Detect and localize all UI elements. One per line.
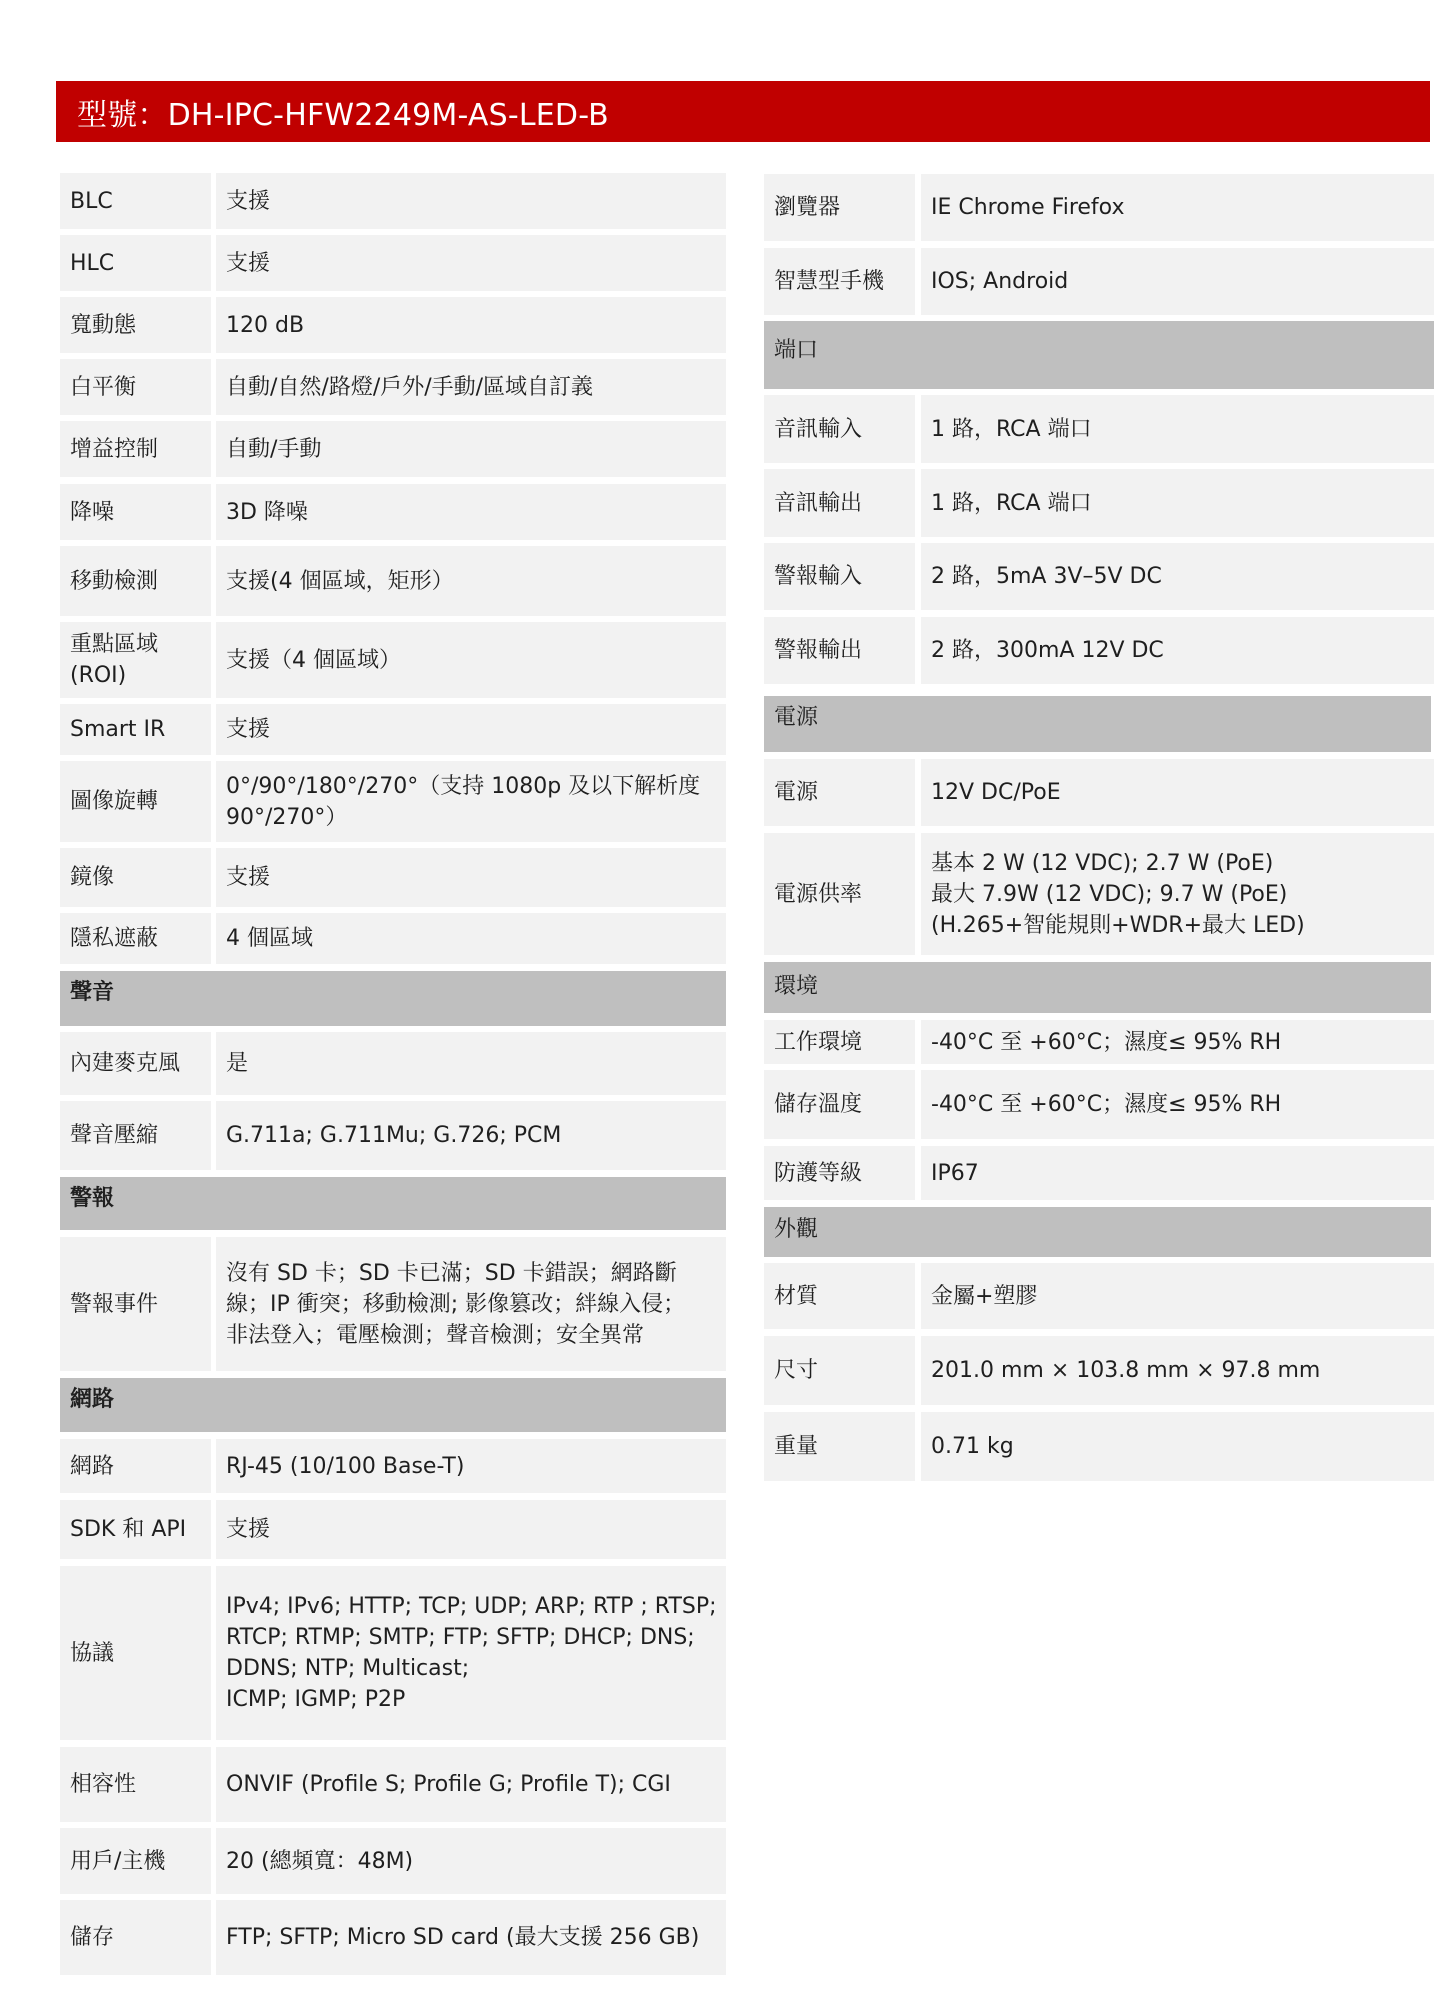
spec-value-audio-compression: G.711a; G.711Mu; G.726; PCM [216, 1101, 726, 1170]
spec-label-browser: 瀏覽器 [764, 174, 915, 241]
spec-label-alarm-input: 警報輸入 [764, 543, 915, 610]
spec-value-protocols: IPv4; IPv6; HTTP; TCP; UDP; ARP; RTP ; R… [216, 1566, 726, 1740]
spec-value-noise-reduction: 3D 降噪 [216, 484, 726, 540]
section-header-audio: 聲音 [60, 971, 726, 1026]
spec-value-storage-conditions: -40°C 至 +60°C；濕度≤ 95% RH [921, 1070, 1434, 1139]
spec-label-dimensions: 尺寸 [764, 1336, 915, 1405]
section-header-environment: 環境 [764, 962, 1431, 1013]
section-header-appearance: 外觀 [764, 1207, 1431, 1257]
spec-value-alarm-output: 2 路，300mA 12V DC [921, 617, 1434, 684]
spec-value-storage: FTP; SFTP; Micro SD card (最大支援 256 GB) [216, 1900, 726, 1975]
spec-value-users-host: 20 (總頻寬：48M) [216, 1828, 726, 1894]
section-header-alarm: 警報 [60, 1177, 726, 1230]
section-header-power: 電源 [764, 696, 1431, 752]
spec-value-dimensions: 201.0 mm × 103.8 mm × 97.8 mm [921, 1336, 1434, 1405]
spec-label-noise-reduction: 降噪 [60, 484, 211, 540]
spec-value-gain-control: 自動/手動 [216, 421, 726, 477]
spec-label-gain-control: 增益控制 [60, 421, 211, 477]
spec-label-power-supply: 電源 [764, 759, 915, 826]
model-title-bar: 型號：DH-IPC-HFW2249M-AS-LED-B [56, 81, 1430, 142]
spec-label-material: 材質 [764, 1263, 915, 1329]
spec-value-privacy-masking: 4 個區域 [216, 913, 726, 964]
spec-label-audio-input: 音訊輸入 [764, 395, 915, 463]
spec-label-smartphone: 智慧型手機 [764, 248, 915, 315]
spec-label-audio-output: 音訊輸出 [764, 469, 915, 537]
spec-label-built-in-mic: 內建麥克風 [60, 1032, 211, 1095]
spec-label-network: 網路 [60, 1439, 211, 1493]
spec-value-motion-detection: 支援(4 個區域，矩形） [216, 546, 726, 616]
spec-value-alarm-input: 2 路，5mA 3V–5V DC [921, 543, 1434, 610]
spec-value-built-in-mic: 是 [216, 1032, 726, 1095]
spec-value-sdk-api: 支援 [216, 1500, 726, 1559]
spec-label-blc: BLC [60, 173, 211, 229]
spec-value-power-consumption: 基本 2 W (12 VDC); 2.7 W (PoE) 最大 7.9W (12… [921, 833, 1434, 955]
spec-value-roi: 支援（4 個區域） [216, 622, 726, 698]
spec-label-wdr: 寬動態 [60, 297, 211, 353]
spec-label-hlc: HLC [60, 235, 211, 291]
spec-label-alarm-events: 警報事件 [60, 1237, 211, 1371]
spec-label-smart-ir: Smart IR [60, 704, 211, 755]
spec-label-compatibility: 相容性 [60, 1747, 211, 1822]
spec-label-sdk-api: SDK 和 API [60, 1500, 211, 1559]
spec-value-alarm-events: 沒有 SD 卡；SD 卡已滿；SD 卡錯誤；網路斷 線；IP 衝突；移動檢測; … [216, 1237, 726, 1371]
spec-label-roi: 重點區域 (ROI) [60, 622, 211, 698]
spec-label-white-balance: 白平衡 [60, 359, 211, 415]
spec-label-audio-compression: 聲音壓縮 [60, 1101, 211, 1170]
spec-value-wdr: 120 dB [216, 297, 726, 353]
spec-label-storage: 儲存 [60, 1900, 211, 1975]
spec-value-compatibility: ONVIF (Profile S; Profile G; Profile T);… [216, 1747, 726, 1822]
spec-label-alarm-output: 警報輸出 [764, 617, 915, 684]
spec-label-storage-conditions: 儲存溫度 [764, 1070, 915, 1139]
spec-label-image-rotation: 圖像旋轉 [60, 761, 211, 842]
spec-value-protection-rating: IP67 [921, 1146, 1434, 1200]
spec-value-blc: 支援 [216, 173, 726, 229]
spec-value-weight: 0.71 kg [921, 1412, 1434, 1481]
spec-label-protocols: 協議 [60, 1566, 211, 1740]
spec-value-audio-input: 1 路，RCA 端口 [921, 395, 1434, 463]
spec-value-audio-output: 1 路，RCA 端口 [921, 469, 1434, 537]
spec-label-weight: 重量 [764, 1412, 915, 1481]
spec-label-users-host: 用戶/主機 [60, 1828, 211, 1894]
spec-label-privacy-masking: 隱私遮蔽 [60, 913, 211, 964]
section-header-network: 網路 [60, 1378, 726, 1432]
spec-value-white-balance: 自動/自然/路燈/戶外/手動/區域自訂義 [216, 359, 726, 415]
section-header-ports: 端口 [764, 321, 1434, 389]
spec-value-image-rotation: 0°/90°/180°/270°（支持 1080p 及以下解析度 90°/270… [216, 761, 726, 842]
spec-value-smartphone: IOS; Android [921, 248, 1434, 315]
spec-label-motion-detection: 移動檢測 [60, 546, 211, 616]
spec-value-smart-ir: 支援 [216, 704, 726, 755]
spec-value-material: 金屬+塑膠 [921, 1263, 1434, 1329]
spec-value-browser: IE Chrome Firefox [921, 174, 1434, 241]
spec-label-power-consumption: 電源供率 [764, 833, 915, 955]
model-title: 型號：DH-IPC-HFW2249M-AS-LED-B [77, 90, 609, 134]
spec-label-protection-rating: 防護等級 [764, 1146, 915, 1200]
spec-value-mirror: 支援 [216, 848, 726, 907]
spec-value-network: RJ-45 (10/100 Base-T) [216, 1439, 726, 1493]
spec-value-operating-conditions: -40°C 至 +60°C；濕度≤ 95% RH [921, 1020, 1434, 1064]
spec-value-power-supply: 12V DC/PoE [921, 759, 1434, 826]
spec-value-hlc: 支援 [216, 235, 726, 291]
spec-label-mirror: 鏡像 [60, 848, 211, 907]
spec-label-operating-conditions: 工作環境 [764, 1020, 915, 1064]
